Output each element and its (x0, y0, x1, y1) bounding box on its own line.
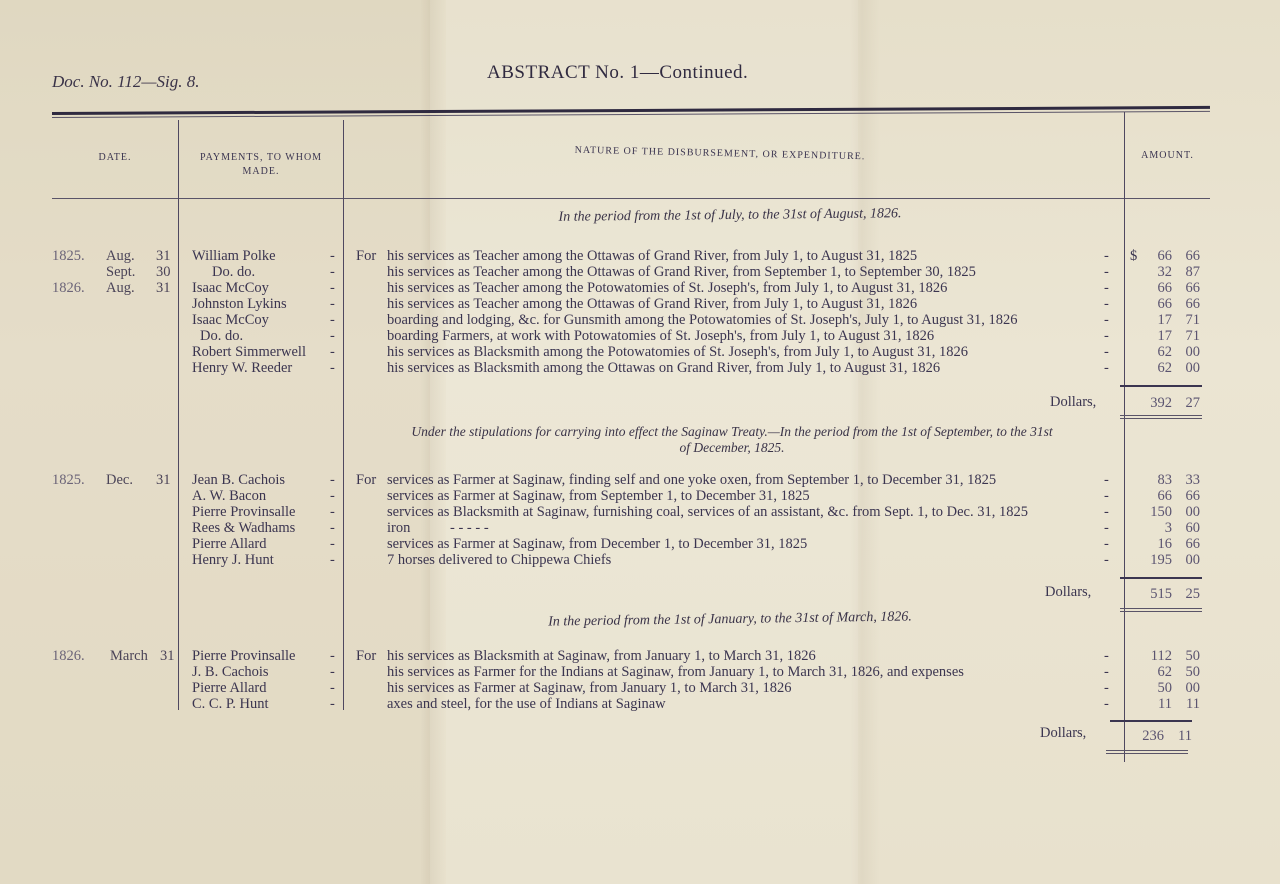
row-amount-dollars: 83 (1140, 472, 1172, 488)
leader-dash: - (1104, 520, 1109, 536)
section-3-total: 236 11 (0, 728, 1272, 744)
leader-dash: - (330, 248, 335, 264)
page-title: ABSTRACT No. 1—Continued. (487, 62, 748, 84)
total-double-rule (1120, 608, 1202, 609)
row-lead-word: For (356, 472, 376, 488)
row-amount-dollars: 62 (1140, 664, 1172, 680)
row-amount-cents: 00 (1178, 360, 1200, 376)
leader-dash: - (1104, 296, 1109, 312)
leader-dash: - (1104, 280, 1109, 296)
row-day: 31 (160, 648, 175, 664)
row-amount-cents: 66 (1178, 248, 1200, 264)
total-double-rule (1106, 753, 1188, 754)
row-amount-cents: 00 (1178, 504, 1200, 520)
row-description: services as Farmer at Saginaw, finding s… (387, 472, 996, 488)
row-amount-cents: 71 (1178, 312, 1200, 328)
row-amount-cents: 71 (1178, 328, 1200, 344)
row-payee: Pierre Provinsalle (192, 504, 296, 520)
row-payee: William Polke (192, 248, 276, 264)
row-amount-cents: 66 (1178, 488, 1200, 504)
table-row: 1825. Dec. 31 Jean B. Cachois - For serv… (0, 472, 1280, 488)
leader-dash: - (330, 696, 335, 712)
row-description: his services as Teacher among the Ottawa… (387, 248, 917, 264)
row-description: his services as Teacher among the Ottawa… (387, 264, 976, 280)
row-day: 30 (156, 264, 171, 280)
leader-dash: - (330, 264, 335, 280)
row-amount-dollars: 17 (1140, 328, 1172, 344)
leader-dash: - (1104, 360, 1109, 376)
row-amount-dollars: 66 (1140, 280, 1172, 296)
row-year: 1826. (52, 648, 85, 664)
leader-dash: - (330, 344, 335, 360)
row-year: 1826. (52, 280, 85, 296)
row-amount-cents: 33 (1178, 472, 1200, 488)
column-header-date: DATE. (80, 152, 150, 163)
total-dollars: 236 (1132, 728, 1164, 744)
row-amount-cents: 11 (1178, 696, 1200, 712)
total-dollars: 392 (1140, 395, 1172, 411)
leader-dash: - (330, 360, 335, 376)
row-lead-word: For (356, 648, 376, 664)
row-payee: Pierre Allard (192, 680, 267, 696)
column-divider-date-payee (178, 120, 179, 710)
leader-dash: - (1104, 648, 1109, 664)
leader-dash: - (330, 664, 335, 680)
section-2-caption: Under the stipulations for carrying into… (352, 424, 1112, 456)
leader-dash: - (1104, 552, 1109, 568)
table-row: Robert Simmerwell - his services as Blac… (0, 344, 1280, 360)
row-year: 1825. (52, 248, 85, 264)
row-amount-cents: 60 (1178, 520, 1200, 536)
row-description: his services as Blacksmith at Saginaw, f… (387, 648, 816, 664)
table-row: Pierre Allard - services as Farmer at Sa… (0, 536, 1280, 552)
table-row: Isaac McCoy - boarding and lodging, &c. … (0, 312, 1280, 328)
row-payee: Pierre Provinsalle (192, 648, 296, 664)
row-amount-dollars: 112 (1140, 648, 1172, 664)
row-description: his services as Farmer at Saginaw, from … (387, 680, 792, 696)
row-description: services as Farmer at Saginaw, from Sept… (387, 488, 810, 504)
table-row: Rees & Wadhams - iron - - - - - - 3 60 (0, 520, 1280, 536)
section-2-caption-line2: of December, 1825. (352, 440, 1112, 456)
table-row: J. B. Cachois - his services as Farmer f… (0, 664, 1280, 680)
table-row: 1825. Aug. 31 William Polke - For his se… (0, 248, 1280, 264)
section-1-total: 392 27 (0, 395, 1280, 411)
row-amount-dollars: 66 (1140, 488, 1172, 504)
table-row: Pierre Provinsalle - services as Blacksm… (0, 504, 1280, 520)
row-amount-cents: 00 (1178, 552, 1200, 568)
row-day: 31 (156, 280, 171, 296)
row-amount-cents: 87 (1178, 264, 1200, 280)
row-payee: Do. do. (212, 264, 255, 280)
row-month: Aug. (106, 248, 135, 264)
leader-dash: - (330, 536, 335, 552)
leader-dash: - (1104, 328, 1109, 344)
column-header-amount: AMOUNT. (1130, 150, 1205, 161)
row-month: Sept. (106, 264, 135, 280)
dollar-sign: $ (1130, 248, 1137, 264)
leader-dash: - (1104, 664, 1109, 680)
leader-dash: - (1104, 264, 1109, 280)
row-lead-word: For (356, 248, 376, 264)
row-amount-dollars: 16 (1140, 536, 1172, 552)
leader-dash: - (1104, 248, 1109, 264)
row-payee: Robert Simmerwell (192, 344, 306, 360)
column-header-payee: PAYMENTS, TO WHOM MADE. (182, 152, 340, 177)
row-description: services as Blacksmith at Saginaw, furni… (387, 504, 1028, 520)
section-2-total: 515 25 (0, 586, 1280, 602)
column-header-rule (52, 198, 1210, 199)
column-divider-payee-nature (343, 120, 344, 710)
row-description: his services as Blacksmith among the Ott… (387, 360, 940, 376)
document-reference: Doc. No. 112—Sig. 8. (52, 72, 200, 92)
leader-dots: - - - - - (450, 520, 489, 536)
total-double-rule (1120, 418, 1202, 419)
leader-dash: - (330, 328, 335, 344)
subtotal-rule (1110, 720, 1192, 722)
column-header-payee-line1: PAYMENTS, TO WHOM (182, 152, 340, 163)
row-amount-cents: 66 (1178, 296, 1200, 312)
leader-dash: - (1104, 488, 1109, 504)
row-payee: Isaac McCoy (192, 280, 269, 296)
row-amount-dollars: 11 (1140, 696, 1172, 712)
document-page: Doc. No. 112—Sig. 8. ABSTRACT No. 1—Cont… (0, 0, 1280, 884)
leader-dash: - (330, 504, 335, 520)
row-description: 7 horses delivered to Chippewa Chiefs (387, 552, 611, 568)
row-payee: Do. do. (200, 328, 243, 344)
table-row: Sept. 30 Do. do. - his services as Teach… (0, 264, 1280, 280)
row-amount-cents: 00 (1178, 680, 1200, 696)
subtotal-rule (1120, 385, 1202, 387)
leader-dash: - (1104, 504, 1109, 520)
total-double-rule (1120, 415, 1202, 416)
row-amount-dollars: 3 (1140, 520, 1172, 536)
leader-dash: - (1104, 312, 1109, 328)
leader-dash: - (330, 520, 335, 536)
row-month: Aug. (106, 280, 135, 296)
leader-dash: - (330, 296, 335, 312)
row-description: boarding Farmers, at work with Potowatom… (387, 328, 934, 344)
table-row: 1826. Aug. 31 Isaac McCoy - his services… (0, 280, 1280, 296)
total-dollars: 515 (1140, 586, 1172, 602)
table-row: 1826. March 31 Pierre Provinsalle - For … (0, 648, 1280, 664)
table-row: Johnston Lykins - his services as Teache… (0, 296, 1280, 312)
row-description: his services as Teacher among the Ottawa… (387, 296, 917, 312)
row-day: 31 (156, 248, 171, 264)
table-row: Henry J. Hunt - 7 horses delivered to Ch… (0, 552, 1280, 568)
row-amount-dollars: 62 (1140, 344, 1172, 360)
row-description: boarding and lodging, &c. for Gunsmith a… (387, 312, 1018, 328)
row-amount-dollars: 66 (1140, 296, 1172, 312)
row-payee: Isaac McCoy (192, 312, 269, 328)
leader-dash: - (1104, 344, 1109, 360)
leader-dash: - (330, 488, 335, 504)
leader-dash: - (330, 312, 335, 328)
leader-dash: - (330, 552, 335, 568)
row-payee: J. B. Cachois (192, 664, 269, 680)
table-row: Do. do. - boarding Farmers, at work with… (0, 328, 1280, 344)
table-row: Henry W. Reeder - his services as Blacks… (0, 360, 1280, 376)
leader-dash: - (1104, 680, 1109, 696)
row-amount-dollars: 66 (1140, 248, 1172, 264)
row-amount-dollars: 32 (1140, 264, 1172, 280)
table-row: Pierre Allard - his services as Farmer a… (0, 680, 1280, 696)
row-amount-cents: 66 (1178, 536, 1200, 552)
row-amount-cents: 66 (1178, 280, 1200, 296)
row-description: his services as Teacher among the Potowa… (387, 280, 947, 296)
leader-dash: - (330, 648, 335, 664)
total-double-rule (1106, 750, 1188, 751)
total-cents: 25 (1178, 586, 1200, 602)
total-cents: 11 (1170, 728, 1192, 744)
table-row: A. W. Bacon - services as Farmer at Sagi… (0, 488, 1280, 504)
row-day: 31 (156, 472, 171, 488)
row-amount-cents: 50 (1178, 648, 1200, 664)
leader-dash: - (1104, 536, 1109, 552)
table-row: C. C. P. Hunt - axes and steel, for the … (0, 696, 1280, 712)
row-amount-dollars: 62 (1140, 360, 1172, 376)
leader-dash: - (1104, 696, 1109, 712)
row-payee: Pierre Allard (192, 536, 267, 552)
leader-dash: - (330, 280, 335, 296)
row-amount-cents: 50 (1178, 664, 1200, 680)
row-payee: Rees & Wadhams (192, 520, 295, 536)
row-amount-dollars: 150 (1140, 504, 1172, 520)
row-amount-dollars: 17 (1140, 312, 1172, 328)
row-payee: Jean B. Cachois (192, 472, 285, 488)
row-payee: Henry J. Hunt (192, 552, 274, 568)
leader-dash: - (330, 680, 335, 696)
row-description: axes and steel, for the use of Indians a… (387, 696, 666, 712)
row-description: iron (387, 520, 410, 536)
total-cents: 27 (1178, 395, 1200, 411)
subtotal-rule (1120, 577, 1202, 579)
row-amount-dollars: 195 (1140, 552, 1172, 568)
total-double-rule (1120, 611, 1202, 612)
row-year: 1825. (52, 472, 85, 488)
row-payee: Johnston Lykins (192, 296, 287, 312)
row-description: services as Farmer at Saginaw, from Dece… (387, 536, 807, 552)
section-2-caption-line1: Under the stipulations for carrying into… (352, 424, 1112, 440)
row-month: March (110, 648, 148, 664)
row-amount-cents: 00 (1178, 344, 1200, 360)
row-amount-dollars: 50 (1140, 680, 1172, 696)
row-month: Dec. (106, 472, 133, 488)
column-header-payee-line2: MADE. (182, 166, 340, 177)
row-payee: C. C. P. Hunt (192, 696, 269, 712)
leader-dash: - (1104, 472, 1109, 488)
row-description: his services as Blacksmith among the Pot… (387, 344, 968, 360)
leader-dash: - (330, 472, 335, 488)
row-payee: Henry W. Reeder (192, 360, 292, 376)
row-payee: A. W. Bacon (192, 488, 266, 504)
row-description: his services as Farmer for the Indians a… (387, 664, 964, 680)
